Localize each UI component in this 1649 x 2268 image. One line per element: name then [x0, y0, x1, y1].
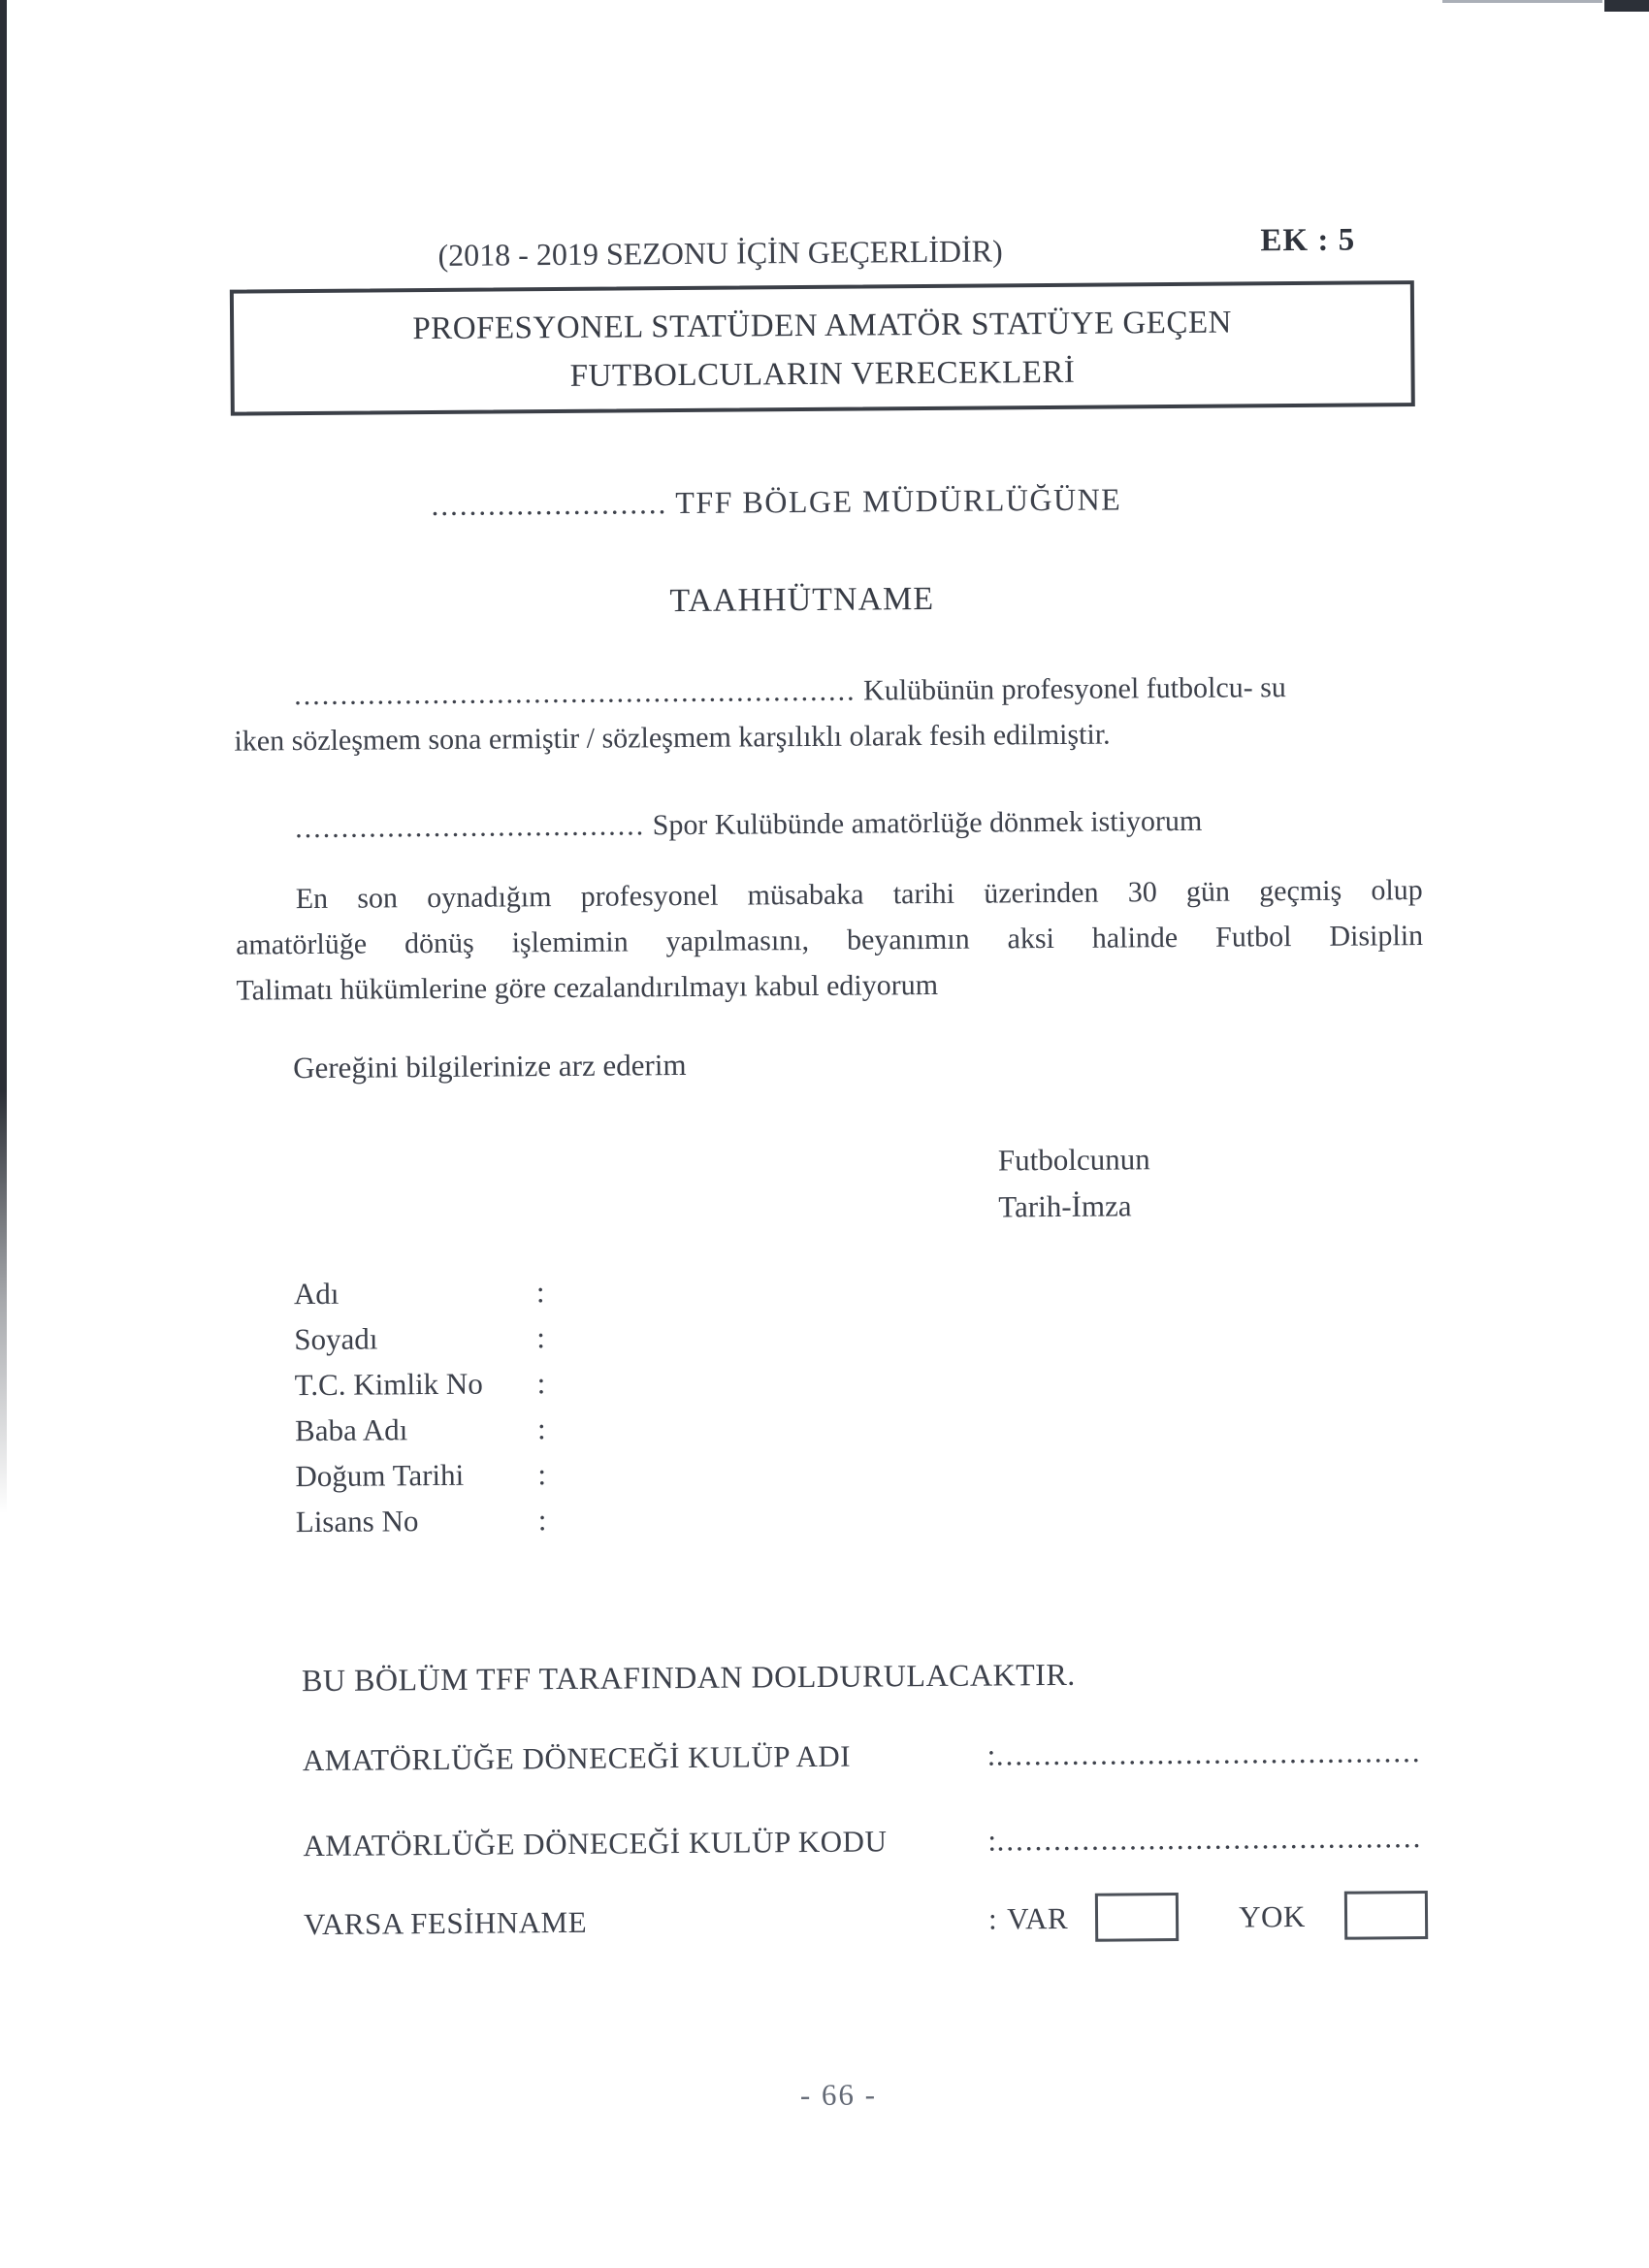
tff-club-code-row: AMATÖRLÜĞE DÖNECEĞİ KULÜP KODU:.........… — [303, 1820, 1422, 1863]
form-title-box: PROFESYONEL STATÜDEN AMATÖR STATÜYE GEÇE… — [230, 280, 1415, 416]
field-row-name: Adı: — [294, 1269, 545, 1316]
paragraph-return-request: ...................................... S… — [235, 796, 1422, 852]
field-label-birth-date: Doğum Tarihi — [295, 1451, 537, 1499]
paragraph-club-line-1: ........................................… — [234, 664, 1421, 719]
field-colon: : — [537, 1411, 546, 1445]
tff-club-name-fill-in-line[interactable]: ........................................… — [996, 1734, 1422, 1771]
var-checkbox[interactable] — [1095, 1893, 1179, 1942]
tff-section-title: BU BÖLÜM TFF TARAFINDAN DOLDURULACAKTIR. — [302, 1657, 1076, 1699]
addressee-fill-in-line[interactable]: ......................... — [431, 486, 667, 522]
signature-date-label: Tarih-İmza — [998, 1183, 1150, 1230]
closing-line: Gereğini bilgilerinize arz ederim — [293, 1048, 687, 1085]
page-number: - 66 - — [14, 2071, 1649, 2119]
field-colon: : — [537, 1366, 546, 1400]
field-row-father-name: Baba Adı: — [295, 1406, 546, 1453]
field-colon: : — [538, 1503, 547, 1537]
tff-club-name-colon: : — [987, 1737, 996, 1771]
field-label-surname: Soyadı — [294, 1314, 536, 1362]
field-label-tc-id: T.C. Kimlik No — [295, 1360, 537, 1408]
paragraph-club-membership: ........................................… — [234, 664, 1422, 764]
declaration-line-2: amatörlüğe dönüş işlemimin yapılmasını, … — [236, 913, 1423, 968]
tff-club-code-label: AMATÖRLÜĞE DÖNECEĞİ KULÜP KODU — [303, 1824, 987, 1864]
yok-option-label: YOK — [1239, 1899, 1306, 1934]
annex-label: EK : 5 — [1260, 223, 1355, 260]
field-label-father-name: Baba Adı — [295, 1406, 537, 1453]
deed-title: TAAHHÜTNAME — [669, 581, 934, 620]
field-row-license-no: Lisans No: — [296, 1497, 547, 1544]
return-club-fill-in-line[interactable]: ...................................... — [295, 809, 645, 844]
signature-block: Futbolcunun Tarih-İmza — [998, 1136, 1150, 1230]
signature-owner-label: Futbolcunun — [998, 1136, 1150, 1183]
tff-club-name-label: AMATÖRLÜĞE DÖNECEĞİ KULÜP ADI — [303, 1738, 987, 1779]
tff-fesihname-label: VARSA FESİHNAME — [304, 1902, 988, 1943]
yok-checkbox[interactable] — [1344, 1891, 1428, 1940]
field-colon: : — [536, 1275, 545, 1309]
tff-fesihname-colon: : — [988, 1901, 997, 1935]
paragraph-declaration: En son oynadığım profesyonel müsabaka ta… — [236, 867, 1424, 1014]
addressee-line: .........................TFF BÖLGE MÜDÜR… — [431, 481, 1121, 523]
paragraph-club-line-2: iken sözleşmem sona ermiştir / sözleşmem… — [234, 709, 1421, 764]
scanned-form-page: (2018 - 2019 SEZONU İÇİN GEÇERLİDİR) EK … — [0, 0, 1649, 2268]
field-colon: : — [536, 1320, 545, 1354]
club-line-text: Kulübünün profesyonel futbolcu- su — [856, 671, 1286, 706]
declaration-line-3: Talimatı hükümlerine göre cezalandırılma… — [236, 958, 1423, 1014]
field-row-tc-id: T.C. Kimlik No: — [295, 1360, 546, 1408]
club-name-fill-in-line[interactable]: ........................................… — [294, 675, 857, 712]
var-option-label: VAR — [1007, 1901, 1068, 1935]
season-validity-note: (2018 - 2019 SEZONU İÇİN GEÇERLİDİR) — [437, 233, 1002, 274]
form-title-line-2: FUTBOLCULARIN VERECEKLERİ — [234, 345, 1410, 404]
tff-club-code-colon: : — [987, 1823, 996, 1857]
field-row-birth-date: Doğum Tarihi: — [295, 1451, 546, 1499]
field-label-name: Adı — [294, 1269, 536, 1316]
field-colon: : — [537, 1457, 546, 1491]
return-request-text: Spor Kulübünde amatörlüğe dönmek istiyor… — [645, 805, 1202, 842]
player-fields: Adı: Soyadı: T.C. Kimlik No: Baba Adı: D… — [294, 1269, 547, 1544]
tff-fesihname-row: VARSA FESİHNAME:VARYOK — [304, 1891, 1428, 1948]
field-label-license-no: Lisans No — [296, 1497, 538, 1544]
tff-club-code-fill-in-line[interactable]: ........................................… — [996, 1820, 1422, 1857]
addressee-title: TFF BÖLGE MÜDÜRLÜĞÜNE — [675, 481, 1121, 520]
tff-club-name-row: AMATÖRLÜĞE DÖNECEĞİ KULÜP ADI:..........… — [303, 1734, 1422, 1778]
field-row-surname: Soyadı: — [294, 1314, 545, 1362]
